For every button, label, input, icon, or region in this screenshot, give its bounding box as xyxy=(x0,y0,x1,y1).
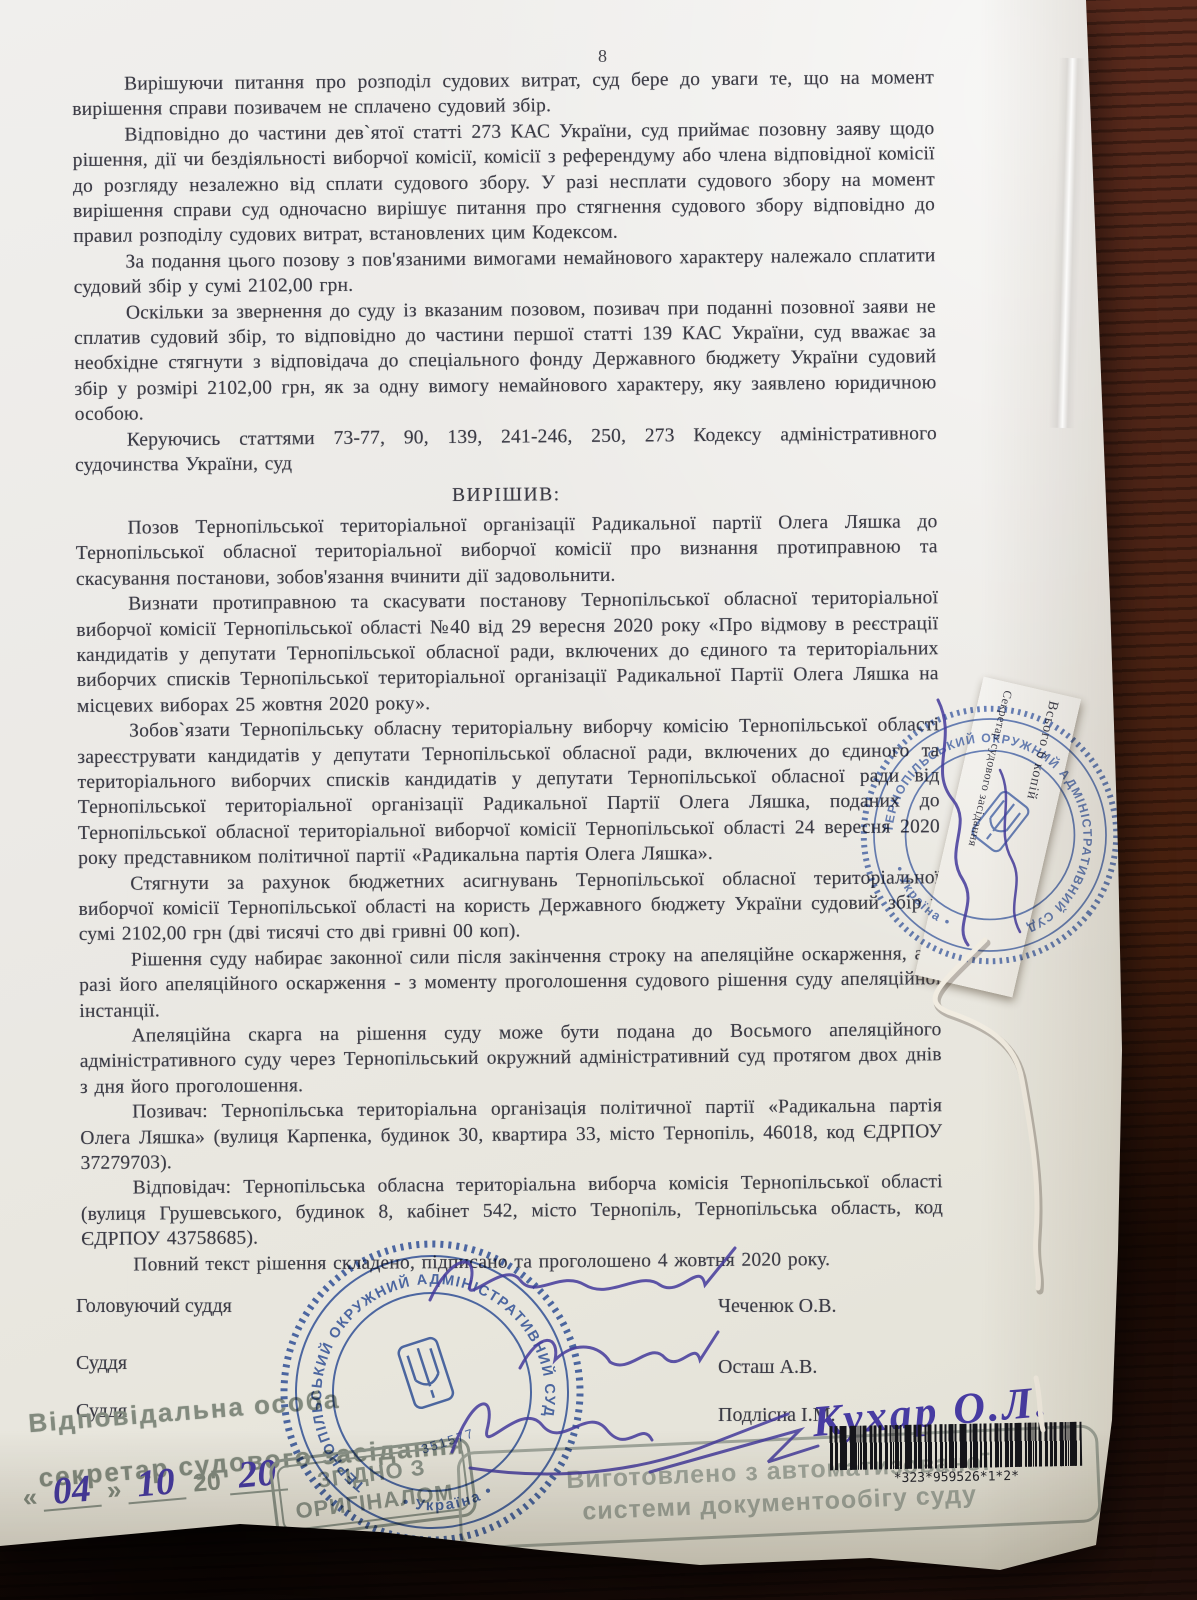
paragraph: Позивач: Тернопільська територіальна орг… xyxy=(80,1093,943,1176)
signatory-role-2: Суддя xyxy=(76,1352,127,1375)
signatory-name-1: Чеченюк О.В. xyxy=(718,1295,836,1318)
paragraph: За подання цього позову з пов'язаними ви… xyxy=(73,243,935,301)
page-number: 8 xyxy=(598,46,607,67)
paragraph: Оскільки за звернення до суду із вказани… xyxy=(74,294,937,428)
photo-scene: 8 Вирішуючи питання про розподіл судових… xyxy=(0,0,1197,1600)
signatory-name-2: Осташ А.В. xyxy=(718,1356,817,1379)
paragraph: Апеляційна скарга на рішення суду може б… xyxy=(79,1017,942,1100)
paragraph: Вирішуючи питання про розподіл судових в… xyxy=(72,65,934,123)
barcode-bars xyxy=(829,1422,1082,1470)
date-year-printed: 20 xyxy=(190,1467,224,1499)
paragraph: Визнати протиправною та скасувати постан… xyxy=(76,585,939,719)
court-document-page: 8 Вирішуючи питання про розподіл судових… xyxy=(0,0,1197,1600)
date-day: 04 xyxy=(41,1471,102,1512)
paragraphs-before-ruling: Вирішуючи питання про розподіл судових в… xyxy=(72,65,937,478)
ruling-heading: ВИРІШИВ: xyxy=(75,479,937,511)
paper-crease xyxy=(1049,58,1085,429)
signatory-role-1: Головуючий суддя xyxy=(76,1295,232,1318)
barcode: *323*959526*1*2* xyxy=(829,1422,1082,1490)
paragraph: Відповідно до частини дев`ятої статті 27… xyxy=(72,116,935,250)
round-stamp-code: 351577 xyxy=(419,1425,476,1456)
barcode-number: *323*959526*1*2* xyxy=(830,1468,1082,1487)
document-text: Вирішуючи питання про розподіл судових в… xyxy=(72,65,943,1278)
paragraph: Керуючись статтями 73-77, 90, 139, 241-2… xyxy=(75,421,937,479)
date-open-quote: « xyxy=(21,1481,38,1513)
paragraphs-after-ruling: Позов Тернопільської територіальної орга… xyxy=(75,509,943,1278)
paper-shadow-wrap: 8 Вирішуючи питання про розподіл судових… xyxy=(0,0,1197,1600)
date-close-quote: » xyxy=(106,1474,123,1506)
paragraph: Позов Тернопільської територіальної орга… xyxy=(75,509,938,592)
paragraph: Рішення суду набирає законної сили після… xyxy=(79,941,942,1024)
date-month: 10 xyxy=(125,1463,186,1504)
